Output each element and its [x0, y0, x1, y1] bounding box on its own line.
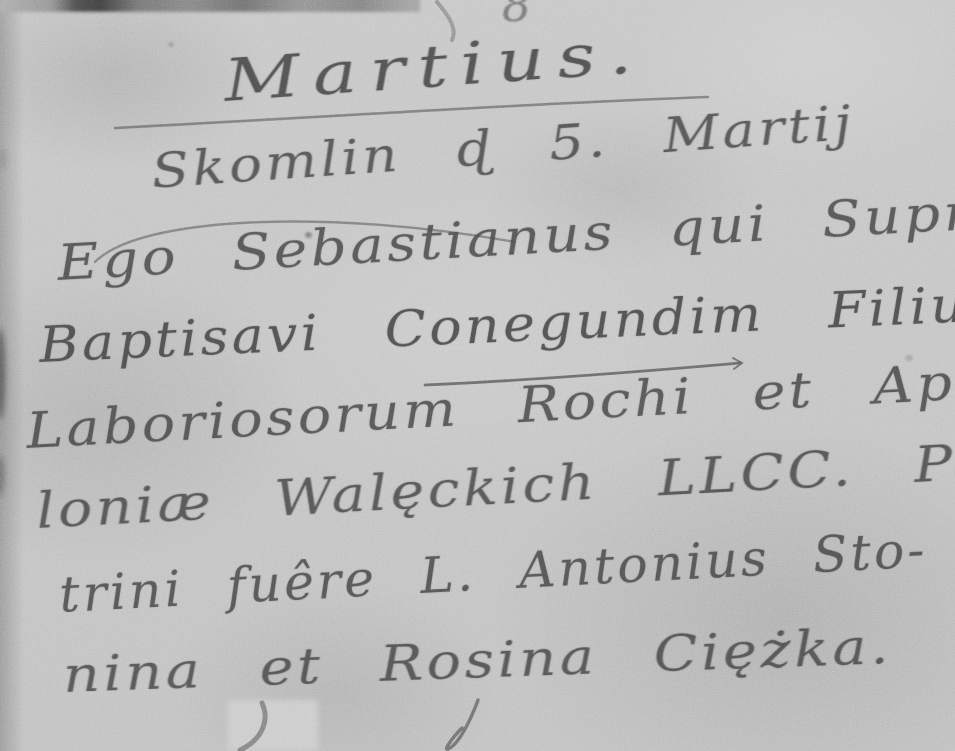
bottom-blur-patch — [228, 700, 318, 751]
left-edge-mark-3 — [0, 148, 6, 170]
manuscript-body-line-6: nina et Rosina Ciężka. — [62, 621, 893, 700]
manuscript-body-line-5: trini fuêre L. Antonius Sto- — [58, 525, 929, 620]
left-edge-mark-1 — [0, 328, 6, 420]
manuscript-body-line-2: Baptisavi Conegundim Filium — [38, 277, 955, 370]
left-edge-mark-2 — [0, 455, 5, 497]
top-edge-remnant — [0, 0, 420, 12]
ink-speck-2 — [168, 42, 174, 47]
manuscript-page: 8 Martius. Skomlin ɖ 5. Martij Ego Sebas… — [0, 0, 955, 751]
manuscript-place-date-line: Skomlin ɖ 5. Martij — [150, 99, 856, 196]
bottom-cutoff-stroke — [447, 700, 478, 749]
cutoff-glyph-top: 8 — [502, 0, 531, 28]
manuscript-month-heading: Martius. — [222, 23, 646, 110]
manuscript-body-line-1: Ego Sebastianus qui Supra — [56, 185, 955, 288]
